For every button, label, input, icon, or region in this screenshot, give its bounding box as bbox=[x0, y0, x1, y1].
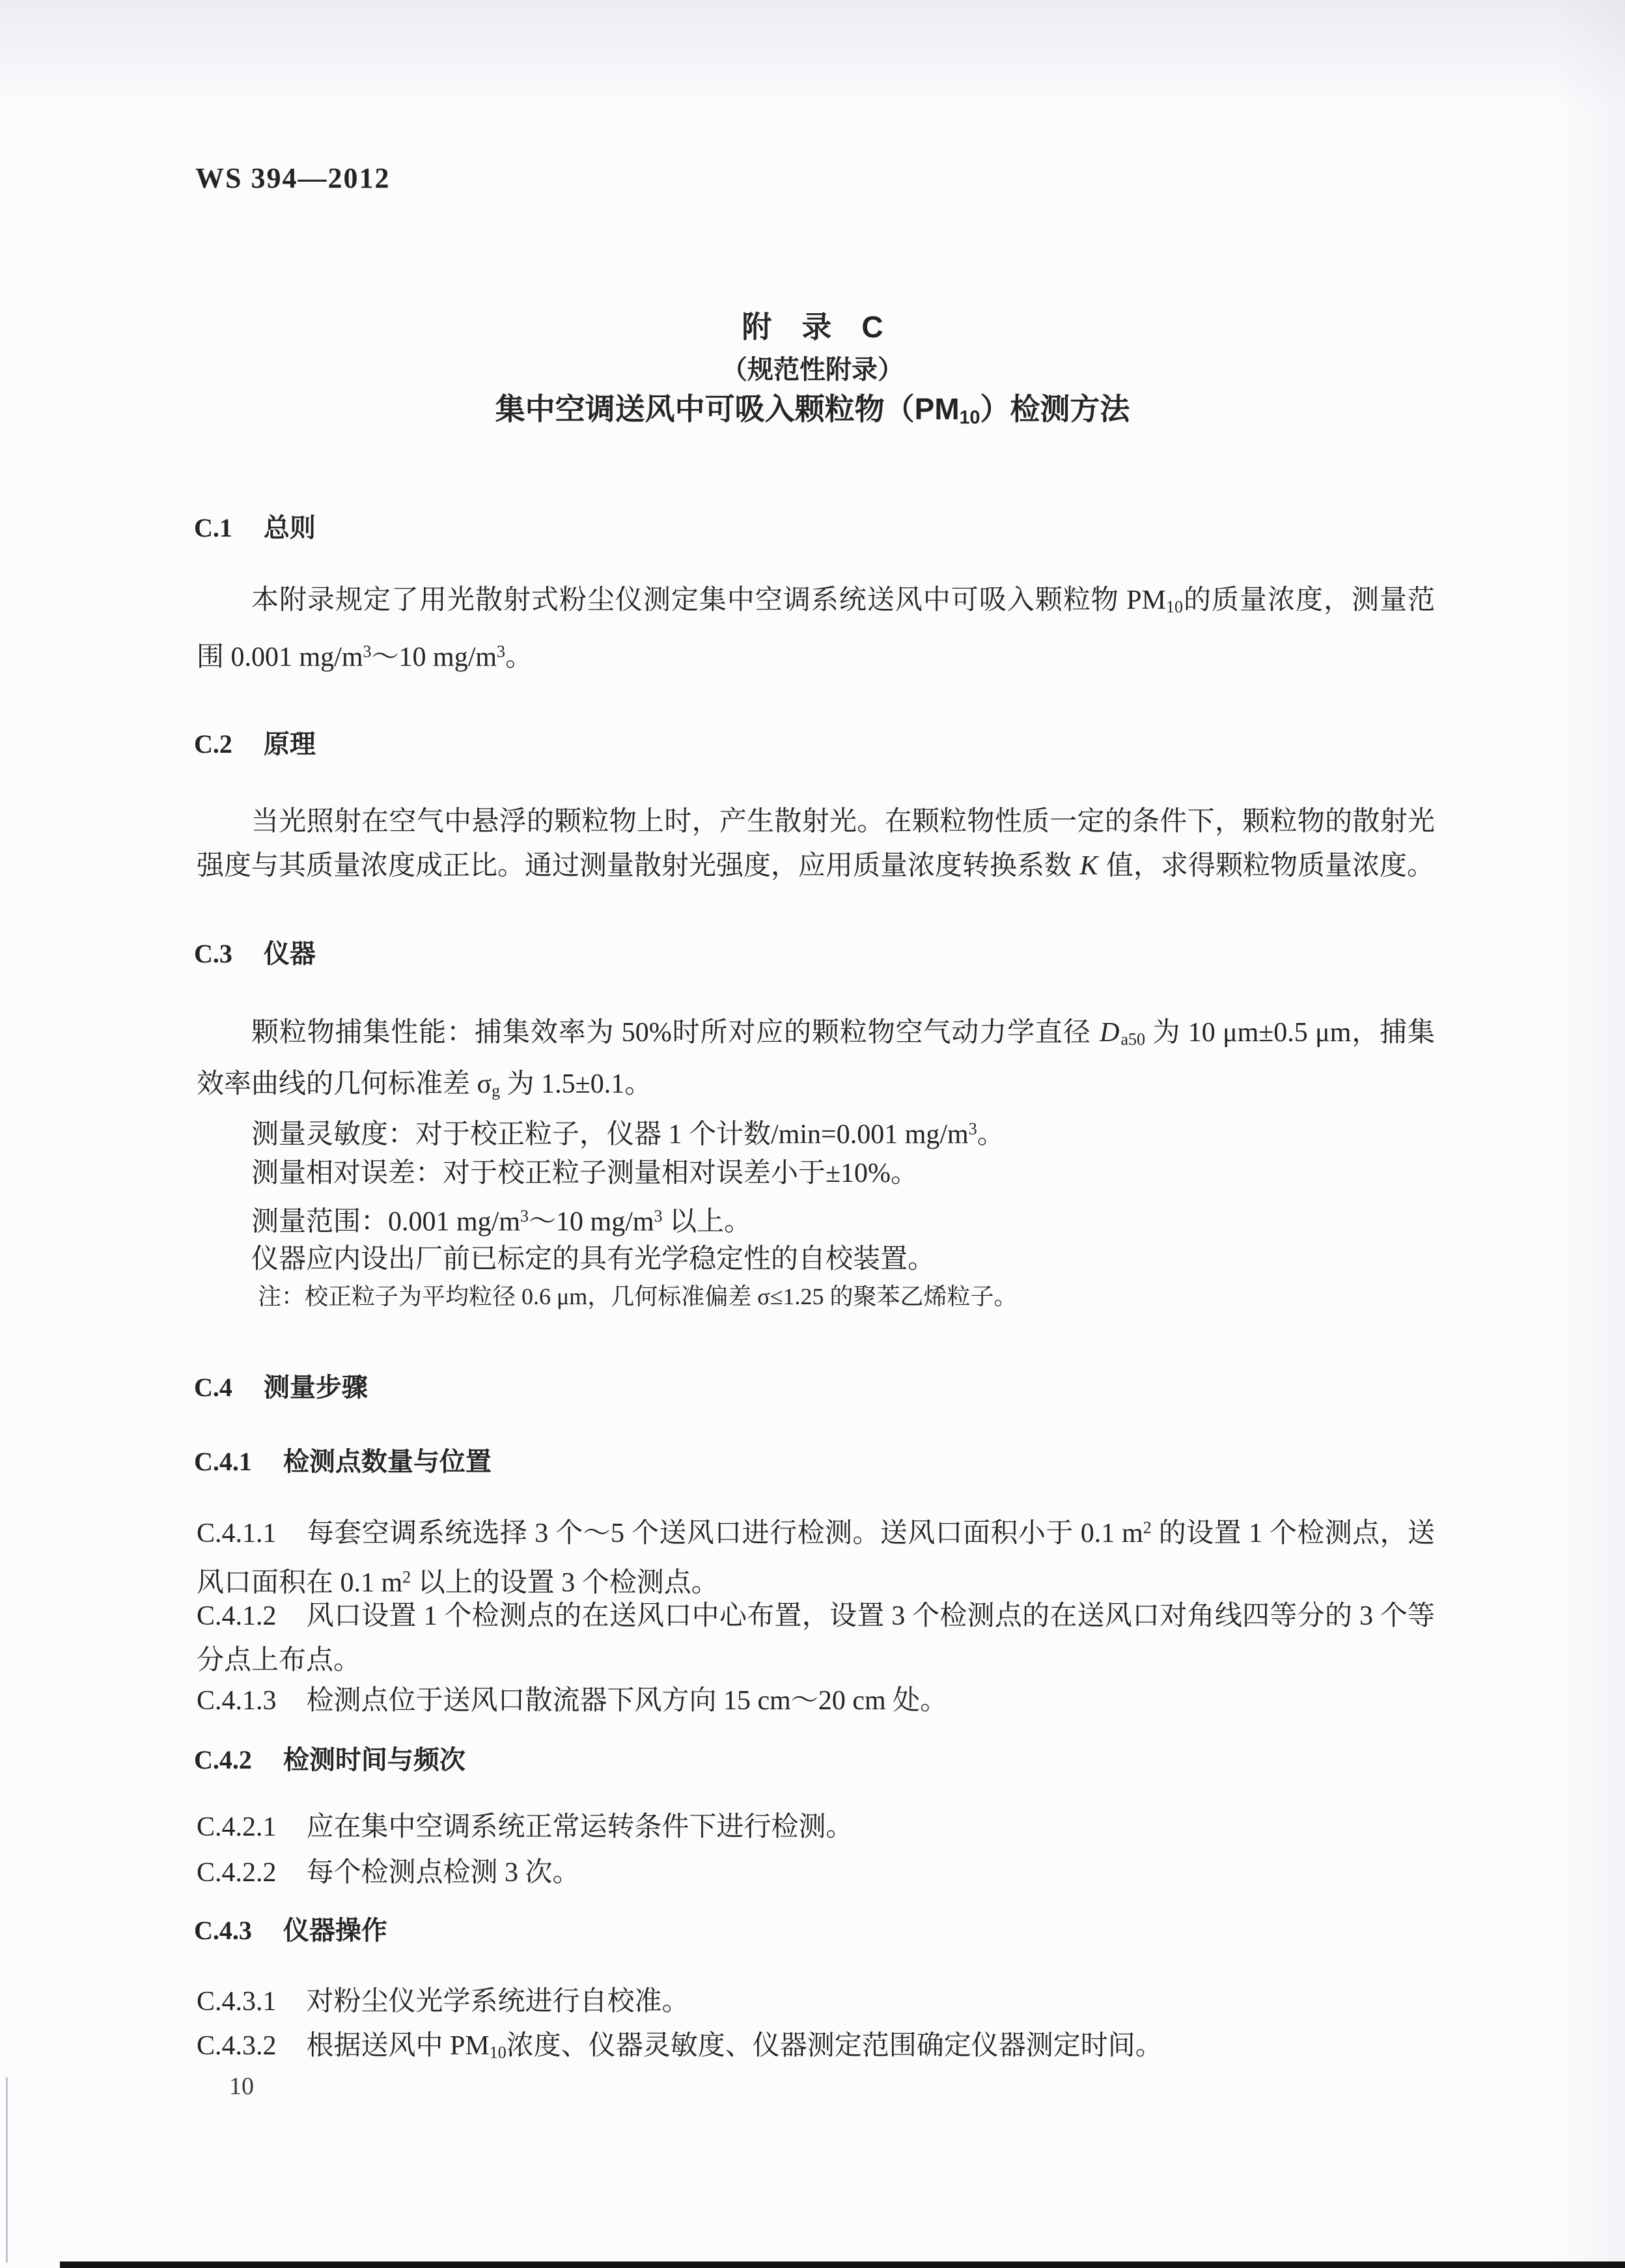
clause-c431: C.4.3.1对粉尘仪光学系统进行自校准。 bbox=[197, 1980, 1435, 2024]
section-title: 原理 bbox=[264, 730, 316, 759]
paragraph-c3-relative-error: 测量相对误差：对于校正粒子测量相对误差小于±10%。 bbox=[197, 1151, 1435, 1196]
section-number: C.4 bbox=[194, 1373, 232, 1402]
note-c3: 注：校正粒子为平均粒径 0.6 μm，几何标准偏差 σ≤1.25 的聚苯乙烯粒子… bbox=[197, 1280, 1435, 1313]
clause-number: C.4.3.1 bbox=[197, 1987, 277, 2017]
section-heading-c4: C.4测量步骤 bbox=[194, 1371, 1435, 1404]
section-heading-c1: C.1总则 bbox=[194, 512, 1435, 544]
section-number: C.3 bbox=[194, 939, 232, 968]
section-heading-c2: C.2原理 bbox=[194, 728, 1435, 761]
document-page: WS 394—2012 附 录 C （规范性附录） 集中空调送风中可吸入颗粒物（… bbox=[0, 0, 1625, 2268]
section-title: 仪器 bbox=[264, 940, 316, 968]
paragraph-c2: 当光照射在空气中悬浮的颗粒物上时，产生散射光。在颗粒物性质一定的条件下，颗粒物的… bbox=[197, 800, 1435, 888]
clause-number: C.4.1.1 bbox=[197, 1519, 277, 1548]
clause-text: 每个检测点检测 3 次。 bbox=[307, 1858, 580, 1888]
clause-number: C.4.2.1 bbox=[197, 1812, 277, 1842]
paragraph-c3-capture: 颗粒物捕集性能：捕集效率为 50%时所对应的颗粒物空气动力学直径 Da50 为 … bbox=[197, 1011, 1435, 1113]
section-heading-c41: C.4.1检测点数量与位置 bbox=[194, 1446, 1435, 1478]
section-title: 检测时间与频次 bbox=[283, 1746, 465, 1774]
clause-number: C.4.3.2 bbox=[197, 2031, 277, 2061]
paragraph-c3-selfcal: 仪器应内设出厂前已标定的具有光学稳定性的自校装置。 bbox=[197, 1237, 1435, 1281]
clause-text: 风口设置 1 个检测点的在送风口中心布置，设置 3 个检测点的在送风口对角线四等… bbox=[197, 1601, 1435, 1675]
section-title: 仪器操作 bbox=[283, 1916, 387, 1945]
clause-c422: C.4.2.2每个检测点检测 3 次。 bbox=[197, 1851, 1435, 1895]
standard-number: WS 394—2012 bbox=[195, 161, 390, 195]
scan-edge-line bbox=[6, 2077, 8, 2263]
appendix-title: 集中空调送风中可吸入颗粒物（PM10）检测方法 bbox=[0, 385, 1625, 428]
section-heading-c3: C.3仪器 bbox=[194, 938, 1435, 970]
section-number: C.2 bbox=[194, 729, 232, 759]
paragraph-c1: 本附录规定了用光散射式粉尘仪测定集中空调系统送风中可吸入颗粒物 PM10的质量浓… bbox=[197, 578, 1435, 679]
clause-number: C.4.1.3 bbox=[197, 1686, 277, 1716]
clause-c413: C.4.1.3检测点位于送风口散流器下风方向 15 cm～20 cm 处。 bbox=[197, 1679, 1435, 1723]
appendix-subheading: （规范性附录） bbox=[0, 349, 1625, 386]
clause-text: 对粉尘仪光学系统进行自校准。 bbox=[307, 1987, 689, 2017]
paragraph-c3-sensitivity: 测量灵敏度：对于校正粒子，仪器 1 个计数/min=0.001 mg/m3。 bbox=[197, 1107, 1435, 1157]
section-number: C.4.1 bbox=[194, 1447, 252, 1476]
clause-number: C.4.1.2 bbox=[197, 1601, 277, 1631]
section-title: 检测点数量与位置 bbox=[283, 1448, 492, 1476]
section-number: C.4.2 bbox=[194, 1745, 252, 1774]
clause-c421: C.4.2.1应在集中空调系统正常运转条件下进行检测。 bbox=[197, 1805, 1435, 1849]
section-title: 测量步骤 bbox=[264, 1373, 368, 1402]
clause-text: 检测点位于送风口散流器下风方向 15 cm～20 cm 处。 bbox=[307, 1686, 948, 1716]
clause-c432: C.4.3.2根据送风中 PM10浓度、仪器灵敏度、仪器测定范围确定仪器测定时间… bbox=[197, 2024, 1435, 2075]
scan-edge-bar bbox=[60, 2261, 1625, 2268]
clause-text: 每套空调系统选择 3 个～5 个送风口进行检测。送风口面积小于 0.1 m2 的… bbox=[197, 1519, 1435, 1599]
clause-c411: C.4.1.1每套空调系统选择 3 个～5 个送风口进行检测。送风口面积小于 0… bbox=[197, 1505, 1435, 1605]
clause-c412: C.4.1.2风口设置 1 个检测点的在送风口中心布置，设置 3 个检测点的在送… bbox=[197, 1594, 1435, 1683]
clause-text: 根据送风中 PM10浓度、仪器灵敏度、仪器测定范围确定仪器测定时间。 bbox=[307, 2031, 1163, 2061]
section-heading-c42: C.4.2检测时间与频次 bbox=[194, 1744, 1435, 1776]
page-number: 10 bbox=[229, 2072, 254, 2101]
section-title: 总则 bbox=[264, 514, 316, 542]
section-number: C.4.3 bbox=[194, 1916, 252, 1945]
clause-number: C.4.2.2 bbox=[197, 1858, 277, 1888]
appendix-heading: 附 录 C bbox=[0, 303, 1625, 346]
section-number: C.1 bbox=[194, 513, 232, 542]
clause-text: 应在集中空调系统正常运转条件下进行检测。 bbox=[307, 1812, 854, 1842]
section-heading-c43: C.4.3仪器操作 bbox=[194, 1914, 1435, 1947]
